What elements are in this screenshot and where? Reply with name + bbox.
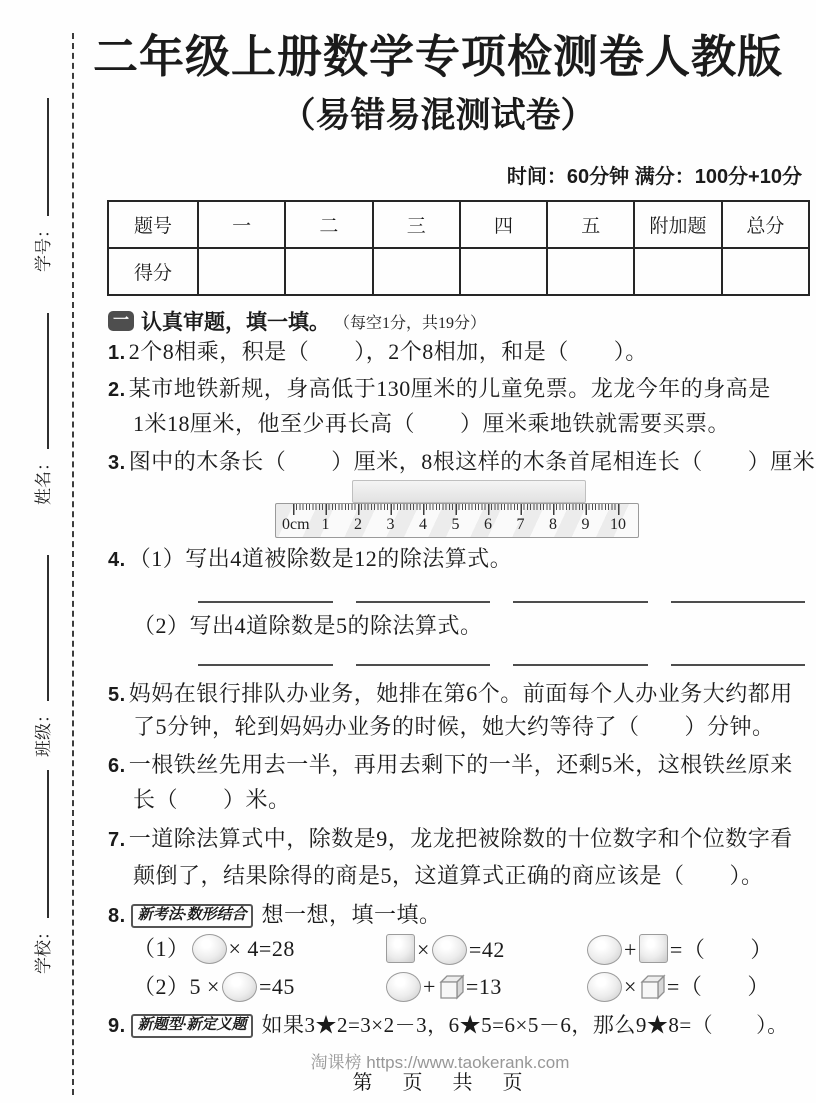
question-text: （1）写出4道被除数是12的除法算式。 [129, 546, 513, 571]
equation-text: × [417, 937, 430, 962]
question-number: 9. [108, 1015, 126, 1037]
score-cell [285, 248, 372, 295]
ruler-label: 0cm [282, 516, 310, 534]
question-text: （2）写出4道除数是5的除法算式。 [133, 613, 483, 638]
ruler-label: 1 [322, 516, 330, 534]
ruler-label: 6 [484, 516, 492, 534]
score-cell [198, 248, 285, 295]
score-cell [547, 248, 634, 295]
square-shape [639, 934, 668, 963]
question-number: 1. [108, 342, 126, 364]
question-9: 9.新题型·新定义题如果3★2=3×2－3，6★5=6×5－6，那么9★8=（ … [108, 1011, 810, 1040]
question-3: 3.图中的木条长（ ）厘米，8根这样的木条首尾相连长（ ）厘米。 [108, 448, 810, 477]
margin-field-student-id: 学号： [26, 98, 52, 272]
ruler-label: 8 [549, 516, 557, 534]
score-row-label: 得分 [108, 248, 198, 295]
answer-blank [513, 662, 648, 666]
equation-text: 5 × [190, 974, 220, 999]
question-4-part-2: （2）写出4道除数是5的除法算式。 [133, 612, 816, 640]
equation: ×=42 [384, 934, 505, 965]
equation-text: + [624, 937, 637, 962]
equation: （2）5 ×=45 [133, 972, 295, 1002]
score-header-cell: 三 [373, 201, 460, 248]
question-8-header: 8.新考法·数形结合想一想，填一填。 [108, 901, 810, 930]
score-cell [460, 248, 547, 295]
question-text: 了5分钟，轮到妈妈办业务的时候，她大约等待了（ ）分钟。 [133, 714, 775, 739]
equation: +=（ ） [585, 934, 773, 965]
wooden-strip [352, 480, 586, 503]
score-cell [634, 248, 721, 295]
score-header-cell: 二 [285, 201, 372, 248]
question-number: 7. [108, 829, 126, 851]
cube-shape [637, 974, 667, 999]
score-header-cell: 总分 [722, 201, 809, 248]
section-1-header: 一 认真审题，填一填。 （每空1分，共19分） [108, 306, 486, 336]
question-text: 如果3★2=3×2－3，6★5=6×5－6，那么9★8=（ ）。 [261, 1013, 788, 1037]
question-text: 2个8相乘，积是（ ），2个8相加，和是（ ）。 [129, 339, 648, 364]
score-header-cell: 附加题 [634, 201, 721, 248]
question-5-line-1: 5.妈妈在银行排队办业务，她排在第6个。前面每个人办业务大约都用 [108, 680, 810, 709]
question-type-badge: 新考法·数形结合 [131, 904, 254, 928]
answer-blank [198, 662, 333, 666]
question-8-row-2: （2）5 ×=45 +=13 ×=（ ） [133, 972, 805, 1008]
question-6-line-2: 长（ ）米。 [133, 786, 816, 814]
binding-dashed-line [72, 33, 74, 1095]
answer-blank [513, 599, 648, 603]
equation-label: （1） [133, 936, 190, 961]
ruler-label: 2 [354, 516, 362, 534]
question-8-row-1: （1）× 4=28 ×=42 +=（ ） [133, 934, 805, 970]
ruler-label: 7 [517, 516, 525, 534]
equation-text: =45 [259, 974, 295, 999]
exam-meta: 时间：60分钟 满分：100分+10分 [507, 160, 802, 189]
equation: （1）× 4=28 [133, 934, 295, 964]
question-4-part-1: 4.（1）写出4道被除数是12的除法算式。 [108, 545, 810, 574]
question-5-line-2: 了5分钟，轮到妈妈办业务的时候，她大约等待了（ ）分钟。 [133, 713, 816, 741]
ruler-label: 4 [419, 516, 427, 534]
footer-page-number: 第 页 共 页 [90, 1066, 790, 1095]
margin-field-class: 班级： [26, 555, 52, 757]
circle-shape [432, 935, 467, 965]
equation-text: =42 [469, 937, 505, 962]
question-text: 颠倒了，结果除得的商是5，这道算式正确的商应该是（ ）。 [133, 863, 764, 888]
score-header-cell: 一 [198, 201, 285, 248]
question-text: 某市地铁新规，身高低于130厘米的儿童免票。龙龙今年的身高是 [129, 376, 771, 401]
equation-text: =13 [466, 974, 502, 999]
question-7-line-2: 颠倒了，结果除得的商是5，这道算式正确的商应该是（ ）。 [133, 862, 816, 890]
ruler-label: 9 [582, 516, 590, 534]
circle-shape [192, 934, 227, 964]
circle-shape [222, 972, 257, 1002]
score-header-cell: 五 [547, 201, 634, 248]
ruler: 0cm 1 2 3 4 5 6 7 8 9 10 [275, 503, 639, 538]
question-type-badge: 新题型·新定义题 [131, 1014, 254, 1038]
score-table-header-row: 题号 一 二 三 四 五 附加题 总分 [108, 201, 809, 248]
question-number: 3. [108, 452, 126, 474]
name-label: 姓名： [35, 454, 52, 505]
equation-text: =（ ） [670, 937, 773, 962]
school-label: 学校： [35, 923, 52, 974]
cube-shape [436, 974, 466, 999]
question-number: 4. [108, 549, 126, 571]
equation-label: （2） [133, 974, 190, 999]
margin-field-name: 姓名： [26, 313, 52, 505]
equation-text: =（ ） [667, 974, 770, 999]
question-text: 长（ ）米。 [133, 787, 291, 812]
answer-blank [356, 599, 491, 603]
equation: +=13 [384, 972, 502, 1002]
ruler-cm-ticks [293, 504, 620, 515]
score-table: 题号 一 二 三 四 五 附加题 总分 得分 [107, 200, 810, 296]
exam-paper: 学号： 姓名： 班级： 学校： 二年级上册数学专项检测卷人教版 （易错易混测试卷… [0, 0, 816, 1103]
answer-blank-row-2 [198, 662, 805, 666]
score-header-cell: 题号 [108, 201, 198, 248]
question-1: 1.2个8相乘，积是（ ），2个8相加，和是（ ）。 [108, 338, 810, 367]
equation-text: + [423, 974, 436, 999]
score-cell [373, 248, 460, 295]
question-text: 妈妈在银行排队办业务，她排在第6个。前面每个人办业务大约都用 [129, 681, 793, 706]
name-blank-line [47, 313, 49, 449]
circle-shape [386, 972, 421, 1002]
equation-text: × 4=28 [229, 936, 295, 961]
ruler-label: 10 [610, 516, 626, 534]
student-id-blank-line [47, 98, 49, 216]
school-blank-line [47, 770, 49, 918]
question-number: 6. [108, 755, 126, 777]
student-id-label: 学号： [35, 221, 52, 272]
square-shape [386, 934, 415, 963]
circle-shape [587, 935, 622, 965]
equation: ×=（ ） [585, 972, 770, 1002]
ruler-label: 3 [387, 516, 395, 534]
score-header-cell: 四 [460, 201, 547, 248]
question-number: 8. [108, 905, 126, 927]
page-title: 二年级上册数学专项检测卷人教版 [88, 20, 788, 85]
question-2-line-2: 1米18厘米，他至少再长高（ ）厘米乘地铁就需要买票。 [133, 410, 816, 438]
question-2-line-1: 2.某市地铁新规，身高低于130厘米的儿童免票。龙龙今年的身高是 [108, 375, 810, 404]
equation-text: × [624, 974, 637, 999]
question-text: 图中的木条长（ ）厘米，8根这样的木条首尾相连长（ ）厘米。 [129, 449, 816, 474]
question-text: 1米18厘米，他至少再长高（ ）厘米乘地铁就需要买票。 [133, 411, 730, 436]
question-text: 一道除法算式中，除数是9，龙龙把被除数的十位数字和个位数字看 [129, 826, 793, 851]
ruler-label: 5 [452, 516, 460, 534]
answer-blank [198, 599, 333, 603]
answer-blank [671, 599, 806, 603]
class-blank-line [47, 555, 49, 701]
question-number: 5. [108, 684, 126, 706]
answer-blank-row-1 [198, 599, 805, 603]
section-points-note: （每空1分，共19分） [334, 310, 486, 333]
answer-blank [671, 662, 806, 666]
score-table-score-row: 得分 [108, 248, 809, 295]
question-text: 一根铁丝先用去一半，再用去剩下的一半，还剩5米，这根铁丝原来 [129, 752, 793, 777]
page-subtitle: （易错易混测试卷） [88, 88, 788, 138]
score-cell [722, 248, 809, 295]
question-6-line-1: 6.一根铁丝先用去一半，再用去剩下的一半，还剩5米，这根铁丝原来 [108, 751, 810, 780]
question-text: 想一想，填一填。 [261, 902, 441, 927]
margin-field-school: 学校： [26, 770, 52, 974]
section-title: 认真审题，填一填。 [141, 306, 330, 336]
question-number: 2. [108, 379, 126, 401]
class-label: 班级： [35, 706, 52, 757]
question-7-line-1: 7.一道除法算式中，除数是9，龙龙把被除数的十位数字和个位数字看 [108, 825, 810, 854]
section-number-badge: 一 [108, 311, 134, 331]
circle-shape [587, 972, 622, 1002]
answer-blank [356, 662, 491, 666]
